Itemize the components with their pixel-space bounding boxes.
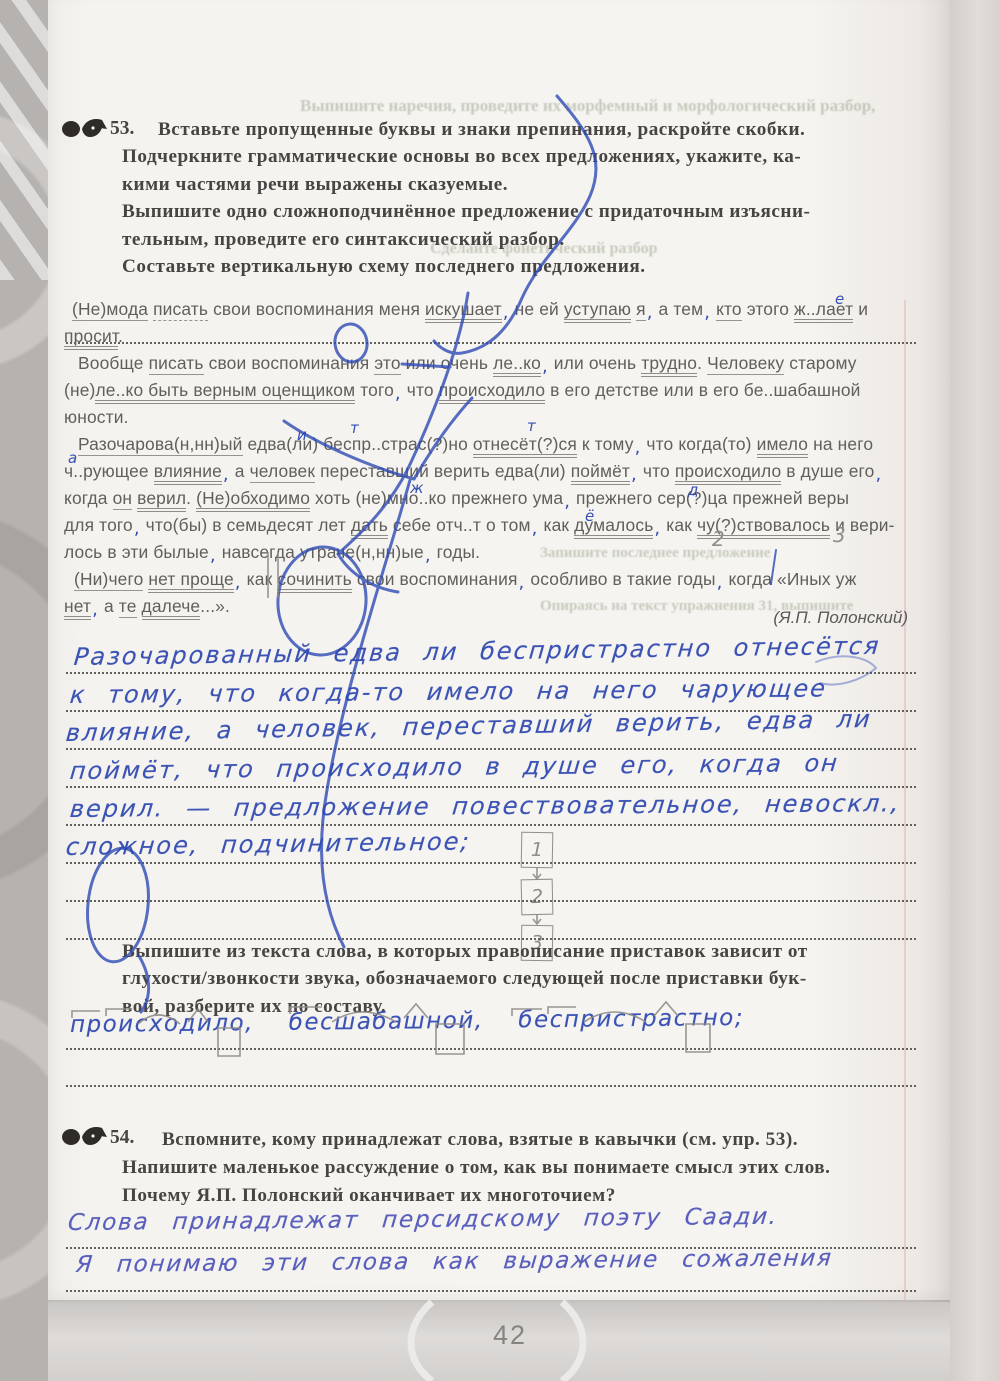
text-segment: как (538, 515, 574, 535)
printed-line: (Ни)чего нет проще, как сочинить свои во… (74, 566, 857, 593)
text-segment: когда (64, 488, 113, 508)
inserted-comma: , (92, 599, 98, 620)
text-segment: те (119, 596, 137, 618)
task-line: тельным, проведите его синтаксический ра… (122, 226, 565, 253)
inserted-comma: , (235, 572, 241, 593)
handwriting-line: сложное, подчинительное; (65, 827, 472, 861)
printed-line: Разочарова(н,нн)ый едва(ли) беспр..страс… (78, 431, 873, 458)
text-segment: (Ни)чего (74, 569, 143, 591)
inserted-comma: , (503, 302, 509, 323)
dotted-rule (66, 824, 916, 826)
text-segment: свои воспоминания меня (208, 299, 425, 319)
scheme-box: 2 (521, 879, 554, 916)
text-segment: трудно (641, 353, 697, 377)
text-segment: старому (784, 353, 856, 373)
text-segment: переставший верить едва(ли) (315, 461, 571, 481)
text-segment: ле..ко (493, 353, 541, 377)
text-segment: искушает (425, 299, 502, 323)
dotted-rule (66, 342, 916, 344)
task-line: Напишите маленькое рассуждение о том, ка… (122, 1154, 830, 1181)
handwriting-line: верил. — предложение повествовательное, … (69, 789, 902, 823)
task-line: Подчеркните грамматические основы во все… (122, 143, 801, 170)
inserted-comma: , (519, 572, 525, 593)
printed-line: нет, а те далече...». (64, 593, 230, 620)
text-segment: кто (716, 299, 742, 321)
text-segment: в душе его (781, 461, 874, 481)
printed-line: для того, что(бы) в семьдесят лет дать с… (64, 512, 895, 539)
ink-correction-letter: т (350, 419, 359, 437)
text-segment: для того (64, 515, 133, 535)
dotted-rule (66, 748, 916, 750)
dotted-rule (66, 1290, 916, 1292)
exercise-54-number: 54. (110, 1127, 134, 1149)
inserted-comma: , (635, 437, 641, 458)
text-segment: или очень (401, 353, 493, 373)
text-segment: прежнего сер(?)ца прежней веры (571, 488, 849, 508)
text-segment: отнесёт(?)ся (473, 434, 577, 458)
text-segment: едва(ли) беспр..страс(?)но (243, 434, 473, 454)
text-segment: влияние (154, 461, 222, 485)
scanned-workbook-page: Выпишите наречия, проведите их морфемный… (0, 0, 1000, 1381)
bleed-fragment: Выпишите наречия, проведите их морфемный… (300, 96, 875, 116)
text-segment: как (242, 569, 278, 589)
text-segment: и (853, 299, 868, 319)
page-edge (950, 0, 1000, 1381)
text-segment: в его детстве или в его бе..шабашной (545, 380, 860, 400)
inserted-comma: , (425, 545, 431, 566)
dotted-rule (66, 1048, 916, 1050)
text-segment: как (661, 515, 697, 535)
inserted-comma: , (647, 302, 653, 323)
task-line: кими частями речи выражены сказуемые. (122, 171, 508, 198)
text-segment: свои воспоминания (352, 569, 518, 589)
text-segment: Разочарова(н,нн)ый (78, 434, 243, 456)
text-segment: юности. (64, 407, 129, 427)
text-segment: Человеку (707, 353, 784, 375)
text-segment: а (230, 461, 250, 481)
inserted-comma: , (631, 464, 637, 485)
text-segment: . (186, 488, 196, 508)
inserted-comma: , (704, 302, 710, 323)
text-segment: Вообще (78, 353, 149, 373)
inserted-comma: , (532, 518, 538, 539)
printed-line: юности. (64, 404, 129, 431)
pencil-digit: 3 (833, 523, 846, 547)
text-segment: когда «Иных уж (723, 569, 856, 589)
author-credit: (Я.П. Полонский) (773, 608, 908, 628)
text-segment: писать (149, 353, 204, 375)
dotted-rule (66, 786, 916, 788)
printed-line: лось в эти былые, навсегда утраче(н,нн)ы… (64, 539, 480, 566)
inserted-comma: , (134, 518, 140, 539)
inserted-comma: , (875, 464, 881, 485)
text-segment: сочинить (277, 569, 352, 593)
text-segment: хоть (не)мно..ко прежнего ума (310, 488, 563, 508)
left-cover-pattern (0, 0, 48, 1381)
text-segment: лось в эти былые (64, 542, 209, 562)
text-segment: не ей (510, 299, 564, 319)
text-segment: (Не)обходимо (196, 488, 310, 512)
text-segment: поймёт (571, 461, 630, 485)
ink-correction-letter: ё (585, 507, 594, 525)
text-segment: особливо в такие годы (525, 569, 715, 589)
inserted-comma: , (542, 356, 548, 377)
dotted-rule (66, 1085, 916, 1087)
text-segment: имело (757, 434, 809, 458)
inserted-comma: , (395, 383, 401, 404)
task-line: Выпишите одно сложноподчинённое предложе… (122, 198, 810, 225)
dotted-rule (66, 1247, 916, 1249)
inserted-comma: , (717, 572, 723, 593)
ink-correction-letter: и (297, 426, 307, 444)
text-segment: что (638, 461, 675, 481)
ink-correction-letter: ж (410, 479, 424, 497)
text-segment: писать (153, 299, 208, 321)
ink-correction-letter: д (688, 481, 698, 499)
text-segment: на него (808, 434, 873, 454)
text-segment: происходило (439, 380, 546, 404)
text-segment: того (355, 380, 394, 400)
ink-correction-letter: а (68, 449, 77, 467)
ink-correction-letter: т (527, 417, 536, 435)
page-number: 42 (470, 1320, 550, 1351)
text-segment: а тем (654, 299, 704, 319)
dotted-rule (66, 938, 916, 940)
dotted-rule (66, 862, 916, 864)
text-segment: далече (142, 596, 201, 620)
text-segment (137, 596, 142, 616)
printed-line: просит. (64, 323, 123, 350)
text-segment: нет проще (148, 569, 233, 593)
printed-line: Вообще писать свои воспоминания это или … (78, 350, 857, 377)
text-segment: свои воспоминания (204, 353, 375, 373)
text-segment: верил (137, 488, 186, 512)
inserted-comma: , (654, 518, 660, 539)
task-line: глухости/звонкости звука, обозначаемого … (122, 965, 807, 992)
text-segment: что (402, 380, 439, 400)
dotted-rule (66, 710, 916, 712)
inserted-comma: , (564, 491, 570, 512)
task-line: Вставьте пропущенные буквы и знаки препи… (158, 116, 805, 143)
text-segment: . (697, 353, 707, 373)
text-segment: ле..ко быть верным оценщиком (95, 380, 355, 404)
text-segment: или очень (549, 353, 641, 373)
task-line: Выпишите из текста слова, в которых прав… (122, 938, 808, 965)
ink-correction-letter: е (835, 290, 844, 308)
text-segment: я (636, 299, 646, 321)
text-segment: просит (64, 326, 118, 350)
inserted-comma: , (223, 464, 229, 485)
inserted-comma: , (210, 545, 216, 566)
text-segment: что(бы) в семьдесят лет (141, 515, 351, 535)
text-segment: (Не)мода (72, 299, 148, 321)
task-line: Составьте вертикальную схему последнего … (122, 253, 646, 280)
exercise-53-number: 53. (110, 118, 134, 140)
text-segment: он (113, 488, 133, 510)
text-segment: человек (250, 461, 316, 483)
text-segment: ч..рующее (64, 461, 154, 481)
text-segment: годы. (432, 542, 480, 562)
dotted-rule (66, 672, 916, 674)
text-segment: уступаю (564, 299, 631, 323)
printed-line: (не)ле..ко быть верным оценщиком того, ч… (64, 377, 861, 404)
text-segment: себе отч..т о том (388, 515, 531, 535)
text-segment: к тому (577, 434, 634, 454)
text-segment: ж..лает (794, 299, 853, 323)
text-segment: навсегда утраче(н,нн)ые (217, 542, 424, 562)
printed-line: (Не)мода писать свои воспоминания меня и… (72, 296, 868, 323)
text-segment: дать (351, 515, 388, 539)
task-line: Вспомните, кому принадлежат слова, взяты… (162, 1126, 798, 1153)
bleed-fragment: Запишите последнее предложение (540, 545, 770, 562)
text-segment: а (99, 596, 119, 616)
margin-line (904, 300, 906, 1300)
text-segment: этого (742, 299, 794, 319)
printed-line: когда он верил. (Не)обходимо хоть (не)мн… (64, 485, 849, 512)
text-segment: что когда(то) (641, 434, 756, 454)
text-segment: это (374, 353, 400, 375)
printed-line: ч..рующее влияние, а человек переставший… (64, 458, 882, 485)
text-segment: ...». (200, 596, 230, 616)
text-segment: нет (64, 596, 91, 620)
pencil-digit: 2 (712, 527, 725, 551)
dotted-rule (66, 900, 916, 902)
text-segment: (не) (64, 380, 95, 400)
